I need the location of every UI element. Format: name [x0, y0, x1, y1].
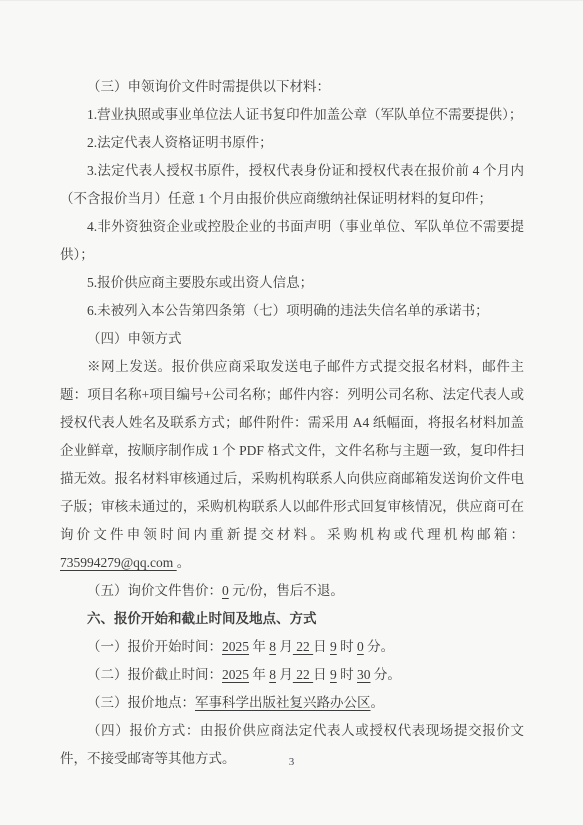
text-segment: 1.营业执照或事业单位法人证书复印件加盖公章（军队单位不需要提供）； — [87, 107, 522, 122]
text-segment: 时 — [337, 667, 357, 682]
document-page: （三）申领询价文件时需提供以下材料：1.营业执照或事业单位法人证书复印件加盖公章… — [0, 0, 583, 825]
underlined-field: 8 — [269, 639, 276, 654]
document-body: （三）申领询价文件时需提供以下材料：1.营业执照或事业单位法人证书复印件加盖公章… — [60, 73, 524, 773]
text-segment: （一）报价开始时间： — [87, 639, 222, 654]
section-6-heading: 六、报价开始和截止时间及地点、方式 — [60, 605, 524, 633]
quote-deadline-time: （二）报价截止时间：2025 年 8 月 22 日 9 时 30 分。 — [60, 661, 524, 689]
text-segment: 月 — [276, 639, 293, 654]
underlined-field: 735994279@qq.com — [60, 555, 177, 570]
text-segment: 日 — [313, 639, 330, 654]
application-method-paragraph: ※网上发送。报价供应商采取发送电子邮件方式提交报名材料，邮件主题：项目名称+项目… — [60, 353, 524, 577]
text-segment: （五）询价文件售价： — [87, 583, 222, 598]
text-segment: 6.未被列入本公告第四条第（七）项明确的违法失信名单的承诺书； — [87, 303, 489, 318]
underlined-field: 30 — [357, 667, 371, 682]
text-segment: 月 — [276, 667, 293, 682]
material-item-4: 4.非外资独资企业或控股企业的书面声明（事业单位、军队单位不需要提供）； — [60, 213, 524, 269]
material-item-5: 5.报价供应商主要股东或出资人信息； — [60, 269, 524, 297]
underlined-field: 2025 — [222, 639, 249, 654]
text-segment: 分。 — [364, 639, 394, 654]
underlined-field: 0 — [222, 583, 229, 598]
text-segment: （二）报价截止时间： — [87, 667, 222, 682]
text-segment: （三）申领询价文件时需提供以下材料： — [87, 79, 330, 94]
underlined-field: 0 — [357, 639, 364, 654]
text-segment: ※网上发送。报价供应商采取发送电子邮件方式提交报名材料，邮件主题：项目名称+项目… — [60, 359, 524, 542]
underlined-field: 8 — [269, 667, 276, 682]
text-segment: 日 — [313, 667, 330, 682]
text-segment: 5.报价供应商主要股东或出资人信息； — [87, 275, 313, 290]
text-segment: 分。 — [371, 667, 401, 682]
underlined-field: 2025 — [222, 667, 249, 682]
material-item-1: 1.营业执照或事业单位法人证书复印件加盖公章（军队单位不需要提供）； — [60, 101, 524, 129]
text-segment: 时 — [337, 639, 357, 654]
underlined-field: 9 — [330, 639, 337, 654]
text-segment: 年 — [249, 639, 269, 654]
clause-5-5-price: （五）询价文件售价：0 元/份，售后不退。 — [60, 577, 524, 605]
text-segment: 年 — [249, 667, 269, 682]
clause-5-3-heading: （三）申领询价文件时需提供以下材料： — [60, 73, 524, 101]
quote-start-time: （一）报价开始时间：2025 年 8 月 22 日 9 时 0 分。 — [60, 633, 524, 661]
text-segment: 3.法定代表人授权书原件，授权代表身份证和授权代表在报价前 4 个月内（不含报价… — [60, 163, 524, 206]
page-number: 3 — [0, 756, 583, 768]
material-item-3: 3.法定代表人授权书原件，授权代表身份证和授权代表在报价前 4 个月内（不含报价… — [60, 157, 524, 213]
text-segment: 2.法定代表人资格证明书原件； — [87, 135, 273, 150]
material-item-2: 2.法定代表人资格证明书原件； — [60, 129, 524, 157]
underlined-field: 9 — [330, 667, 337, 682]
text-segment: 元/份，售后不退。 — [229, 583, 344, 598]
text-segment: 六、报价开始和截止时间及地点、方式 — [87, 611, 317, 626]
underlined-field: 军事科学出版社复兴路办公区 — [195, 695, 371, 710]
text-segment: （四）申领方式 — [87, 331, 182, 346]
text-segment: （三）报价地点： — [87, 695, 195, 710]
text-segment: 。 — [371, 695, 385, 710]
quote-location: （三）报价地点：军事科学出版社复兴路办公区。 — [60, 689, 524, 717]
underlined-field: 22 — [293, 667, 313, 682]
underlined-field: 22 — [293, 639, 313, 654]
text-segment: 4.非外资独资企业或控股企业的书面声明（事业单位、军队单位不需要提供）； — [60, 219, 524, 262]
clause-5-4-heading: （四）申领方式 — [60, 325, 524, 353]
material-item-6: 6.未被列入本公告第四条第（七）项明确的违法失信名单的承诺书； — [60, 297, 524, 325]
text-segment: 。 — [177, 555, 191, 570]
